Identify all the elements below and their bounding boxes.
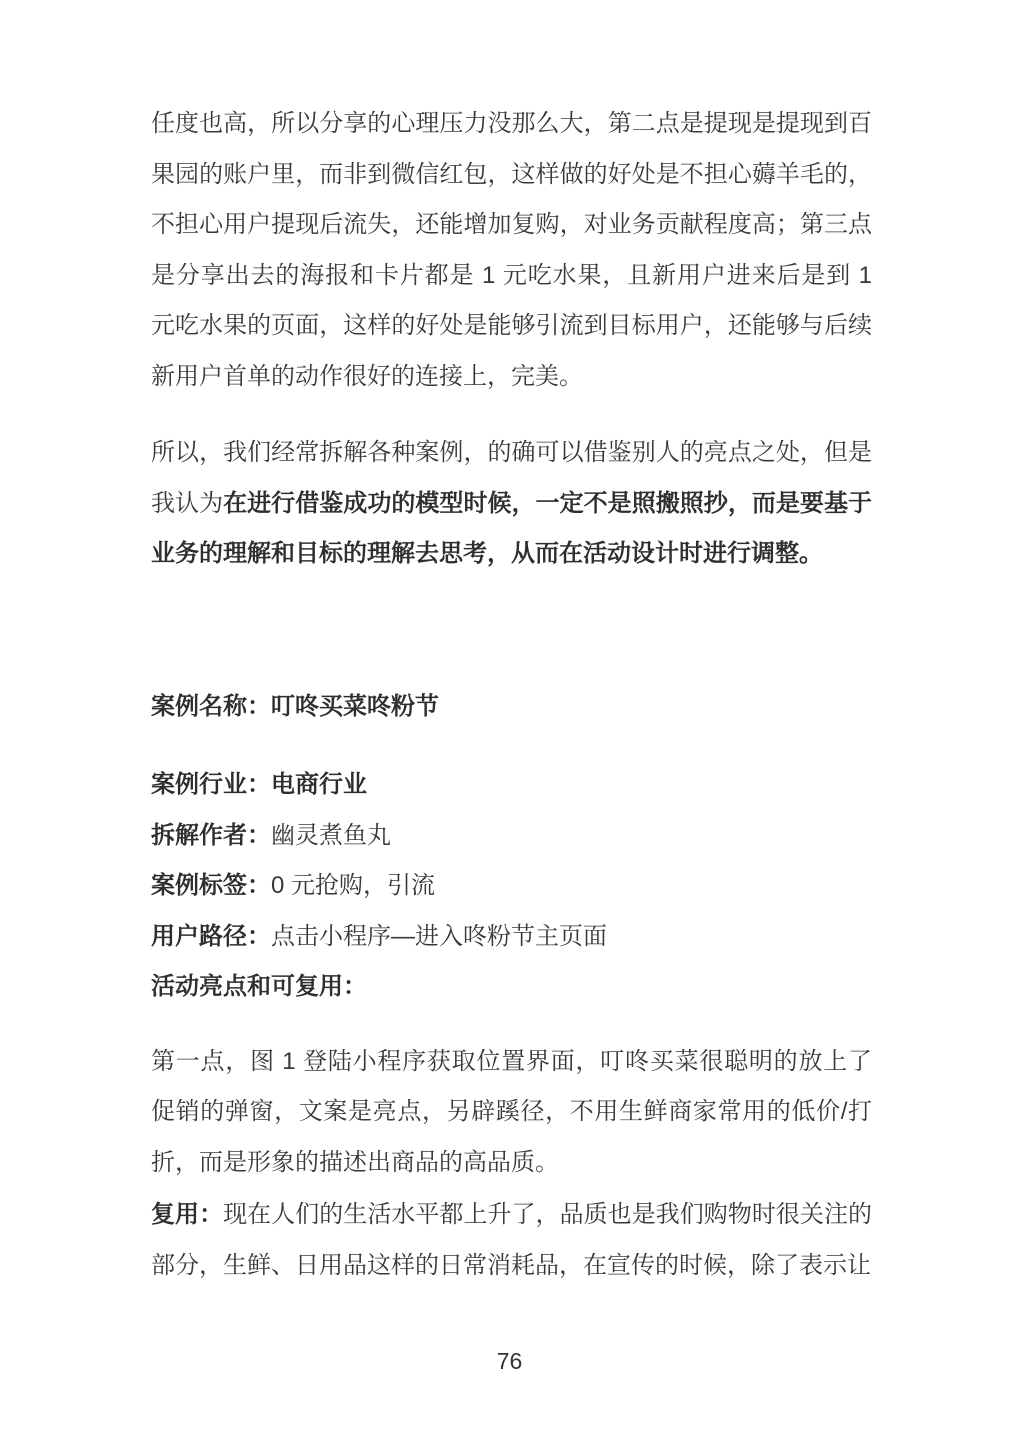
reuse-label: 复用： xyxy=(151,1201,223,1228)
reuse-text: 现在人们的生活水平都上升了，品质也是我们购物时很关注的部分，生鲜、日用品这样的日… xyxy=(151,1201,872,1279)
highlights-heading-row: 活动亮点和可复用： xyxy=(151,962,872,1013)
case-tags-value: 0 元抢购，引流 xyxy=(271,872,435,899)
user-path-label: 用户路径： xyxy=(151,923,271,950)
case-industry-row: 案例行业：电商行业 xyxy=(151,760,872,811)
case-name-label: 案例名称： xyxy=(151,693,271,720)
document-page: 任度也高，所以分享的心理压力没那么大，第二点是提现是提现到百果园的账户里，而非到… xyxy=(0,0,1019,1440)
case-industry-value: 电商行业 xyxy=(271,771,367,798)
body-paragraph-2: 所以，我们经常拆解各种案例，的确可以借鉴别人的亮点之处，但是我认为在进行借鉴成功… xyxy=(151,428,872,580)
case-tags-label: 案例标签： xyxy=(151,872,271,899)
highlights-heading-label: 活动亮点和可复用： xyxy=(151,973,367,1000)
case-name-row: 案例名称：叮咚买菜咚粉节 xyxy=(151,682,872,733)
paragraph-2-bold-text: 在进行借鉴成功的模型时候，一定不是照搬照抄，而是要基于业务的理解和目标的理解去思… xyxy=(151,490,872,568)
case-author-value: 幽灵煮鱼丸 xyxy=(271,822,391,849)
case-tags-row: 案例标签：0 元抢购，引流 xyxy=(151,861,872,912)
case-name-value: 叮咚买菜咚粉节 xyxy=(271,693,439,720)
body-paragraph-1: 任度也高，所以分享的心理压力没那么大，第二点是提现是提现到百果园的账户里，而非到… xyxy=(151,99,872,402)
user-path-row: 用户路径：点击小程序—进入咚粉节主页面 xyxy=(151,912,872,963)
case-author-label: 拆解作者： xyxy=(151,822,271,849)
body-paragraph-4: 复用：现在人们的生活水平都上升了，品质也是我们购物时很关注的部分，生鲜、日用品这… xyxy=(151,1190,872,1291)
case-author-row: 拆解作者：幽灵煮鱼丸 xyxy=(151,811,872,862)
page-content: 任度也高，所以分享的心理压力没那么大，第二点是提现是提现到百果园的账户里，而非到… xyxy=(151,0,872,1291)
body-paragraph-3: 第一点，图 1 登陆小程序获取位置界面，叮咚买菜很聪明的放上了促销的弹窗，文案是… xyxy=(151,1037,872,1189)
page-number: 76 xyxy=(0,1349,1019,1374)
user-path-value: 点击小程序—进入咚粉节主页面 xyxy=(271,923,607,950)
case-info-block: 案例名称：叮咚买菜咚粉节 案例行业：电商行业 拆解作者：幽灵煮鱼丸 案例标签：0… xyxy=(151,682,872,1013)
case-industry-label: 案例行业： xyxy=(151,771,271,798)
